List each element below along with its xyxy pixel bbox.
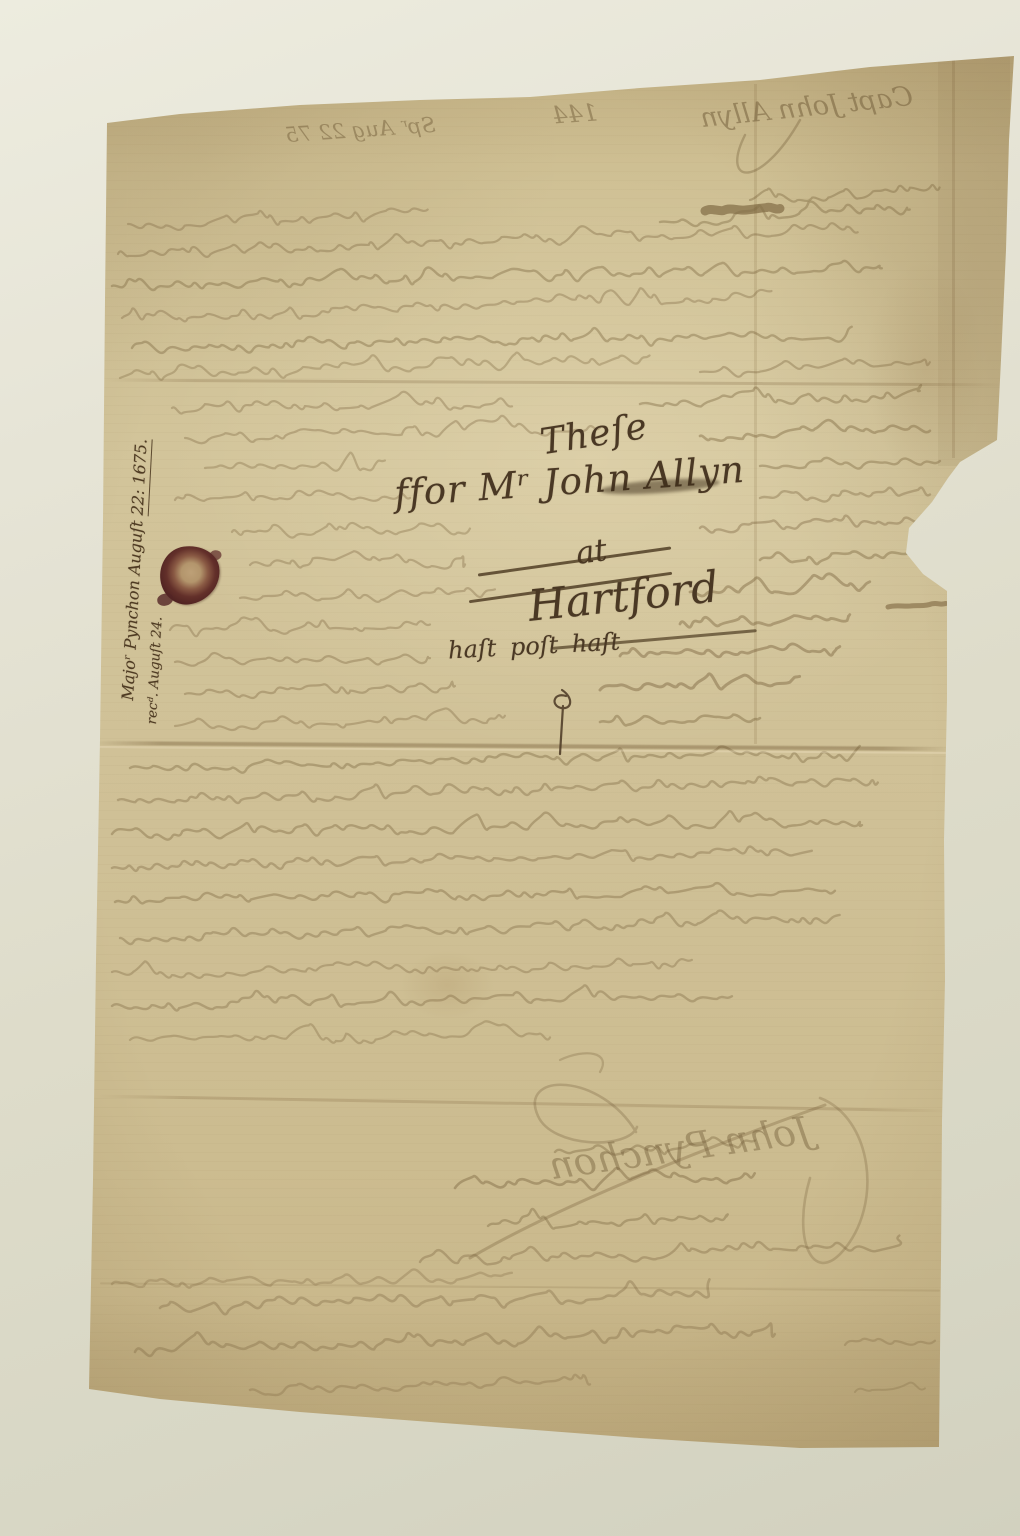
letter-sheet: Capt John Allyn 144 Spʳ Aug 22 75 John P… xyxy=(0,0,1020,1536)
photograph-backdrop: Capt John Allyn 144 Spʳ Aug 22 75 John P… xyxy=(0,0,1020,1536)
show-through-endorsement-number: 144 xyxy=(551,98,599,129)
address-flourish xyxy=(540,682,590,760)
edge-vignette xyxy=(0,0,1020,1536)
docket-line1-date: 22: 1675. xyxy=(128,438,153,516)
address-at-word: at xyxy=(574,532,610,572)
